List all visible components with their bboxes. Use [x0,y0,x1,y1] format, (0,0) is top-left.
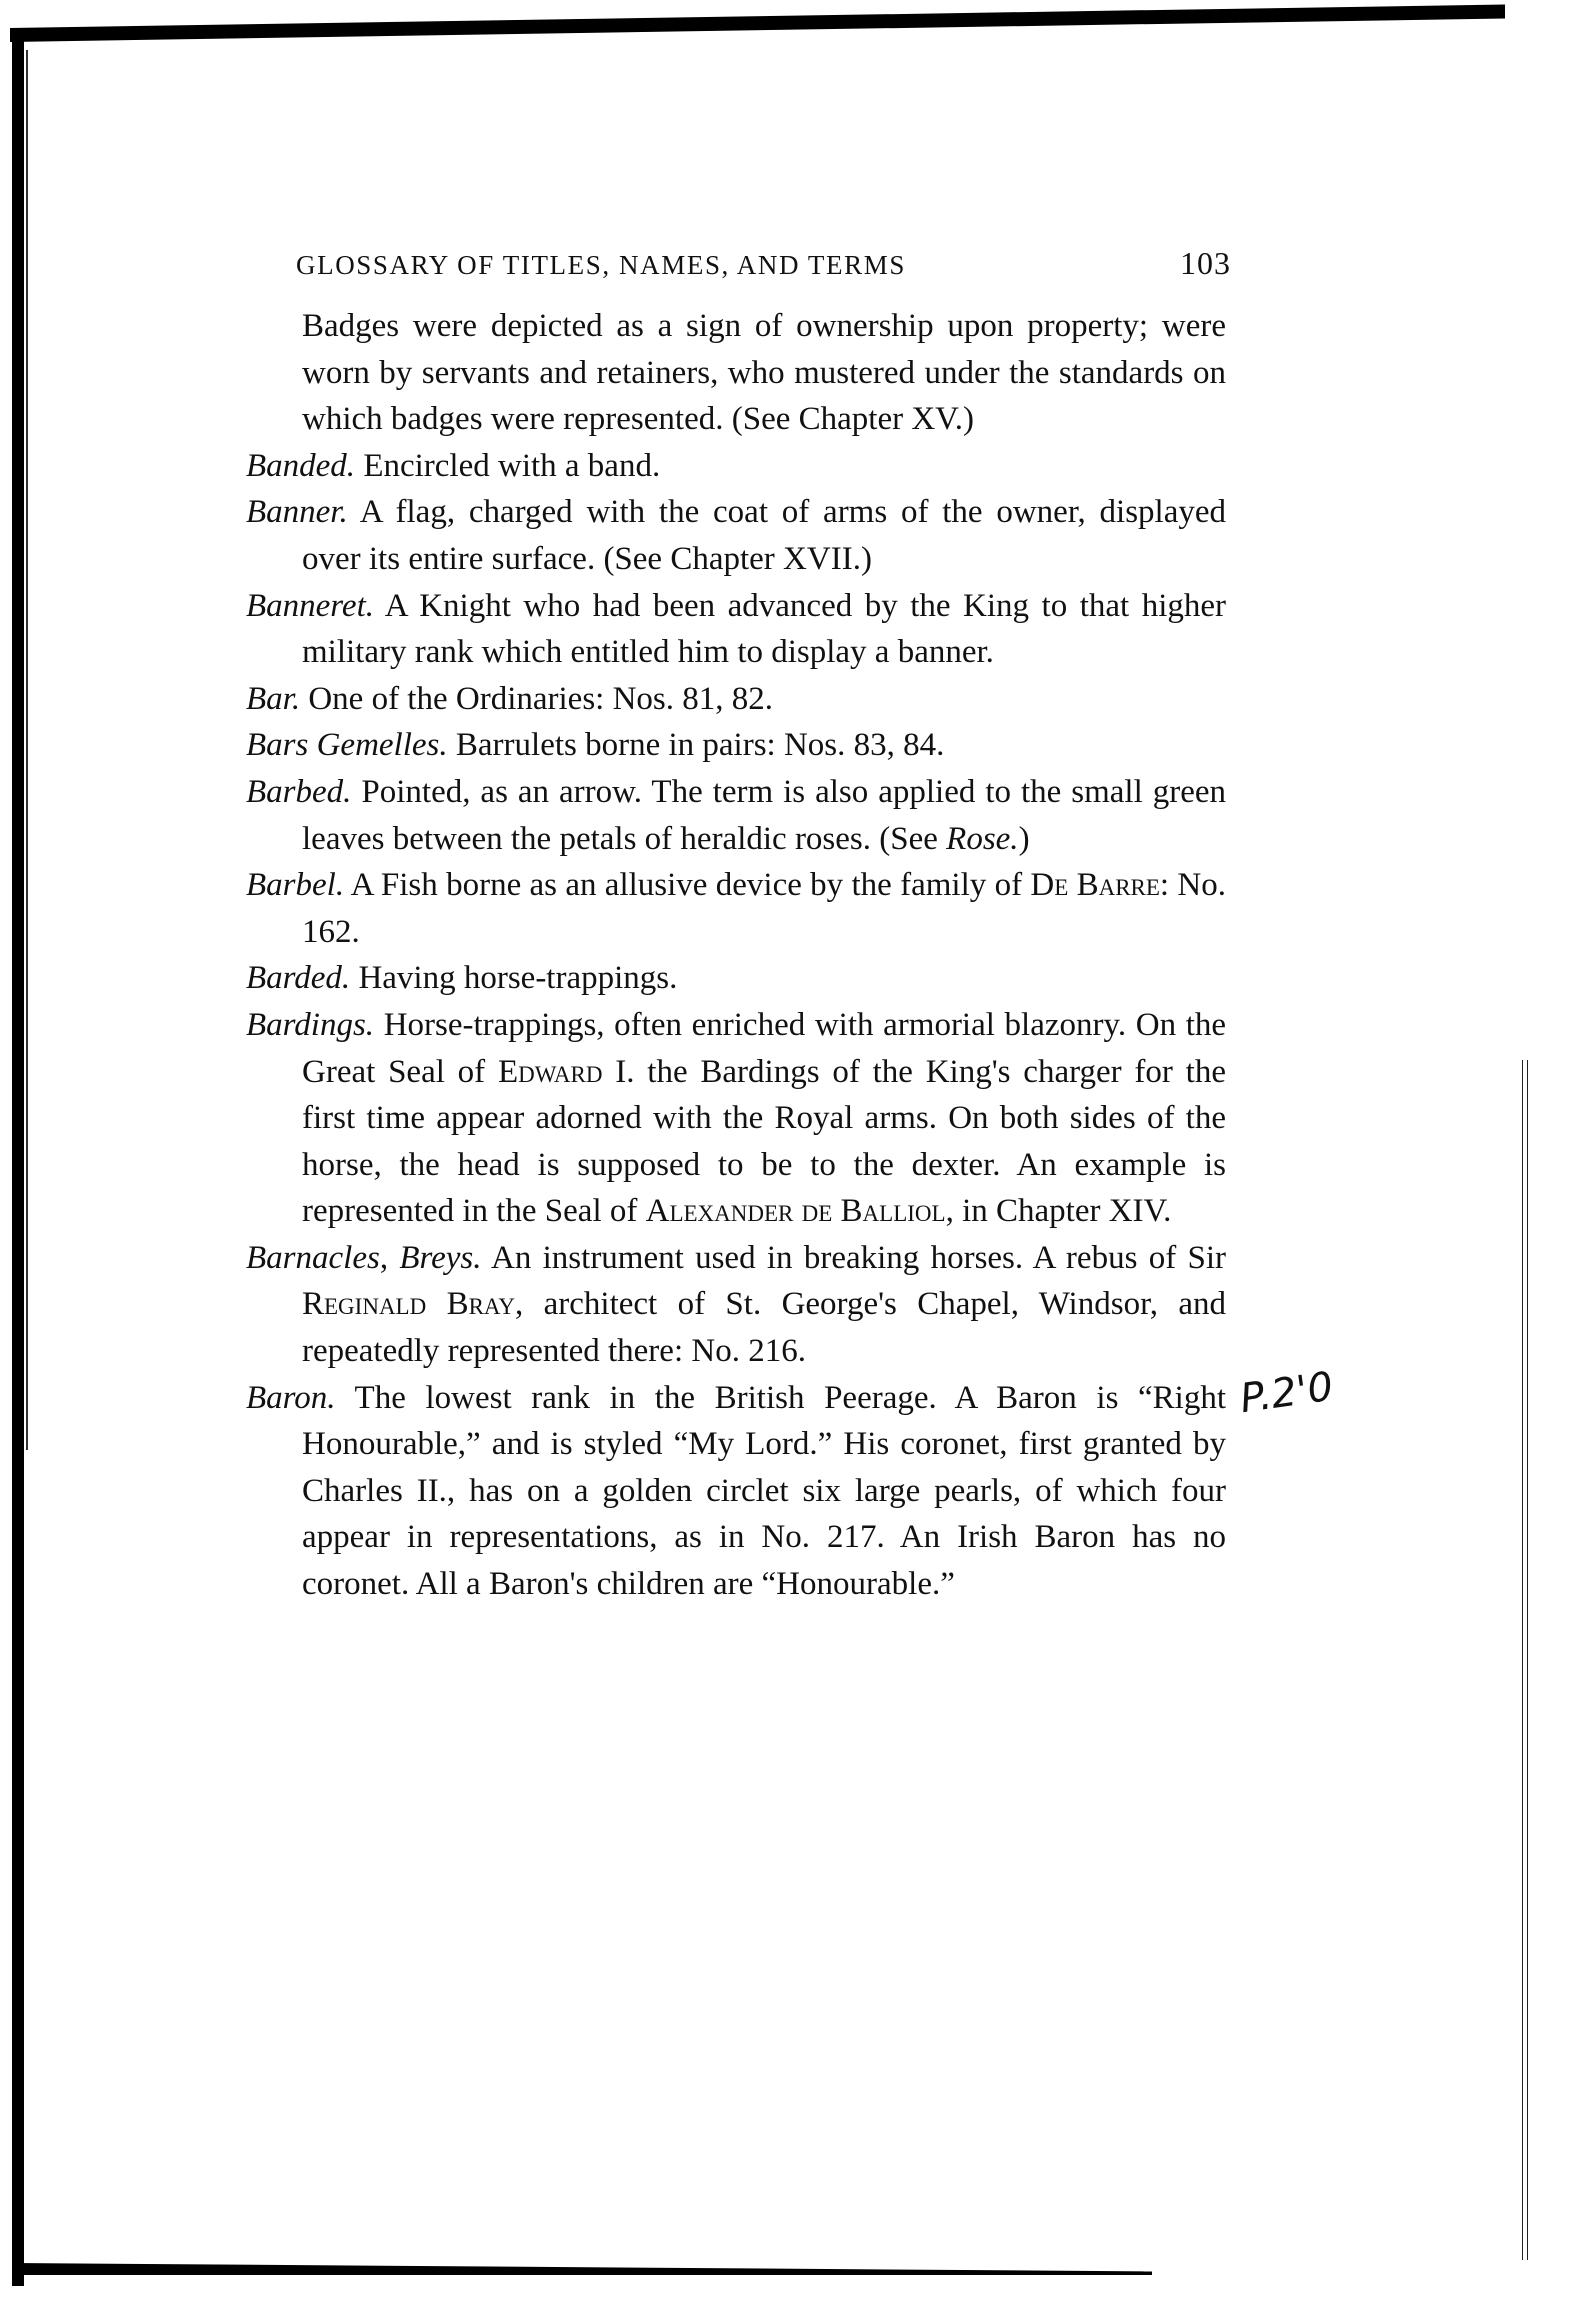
entry-term: Barded. [246,960,350,996]
scan-border-right [1522,1060,1528,2260]
glossary-entry-bar: Bar. One of the Ordinaries: Nos. 81, 82. [246,676,1226,723]
term-separator: , [380,1240,400,1276]
glossary-entry-badges-continued: Badges were depicted as a sign of owners… [246,303,1226,443]
entry-term: Baron. [246,1380,336,1416]
glossary-entry-barbed: Barbed. Pointed, as an arrow. The term i… [246,769,1226,862]
glossary-body: Badges were depicted as a sign of owners… [246,303,1226,1608]
glossary-entry-barded: Barded. Having horse-trappings. [246,955,1226,1002]
entry-term: Banded. [246,448,355,484]
entry-term: Bar. [246,681,300,717]
entry-text: The lowest rank in the British Peerage. … [302,1380,1226,1602]
glossary-entry-banner: Banner. A flag, charged with the coat of… [246,489,1226,582]
scan-border-left-inner [26,50,28,1450]
entry-term: Barnacles [246,1240,380,1276]
entry-text: Having horse-trappings. [358,960,677,996]
proper-name: Alexander de Balliol [646,1193,946,1229]
entry-text-end: ) [1019,821,1030,857]
entry-text: Barrulets borne in pairs: Nos. 83, 84. [456,727,945,763]
entry-text: Pointed, as an arrow. The term is also a… [302,774,1226,857]
entry-term: Banner. [246,494,348,530]
entry-text: A Fish borne as an allusive device by th… [351,867,1031,903]
running-header: GLOSSARY OF TITLES, NAMES, AND TERMS 103 [296,245,1231,289]
entry-text: A flag, charged with the coat of arms of… [302,494,1226,577]
glossary-entry-baron: Baron. The lowest rank in the British Pe… [246,1375,1226,1608]
entry-text: An instrument used in breaking horses. A… [491,1240,1226,1276]
entry-text: Encircled with a band. [363,448,660,484]
proper-name: De Barre [1030,867,1160,903]
entry-term: Bardings. [246,1007,374,1043]
entry-text: Badges were depicted as a sign of owners… [302,308,1226,437]
scan-border-top [10,5,1505,42]
glossary-entry-barbel: Barbel. A Fish borne as an allusive devi… [246,862,1226,955]
entry-term-alt: Breys. [399,1240,481,1276]
running-header-title: GLOSSARY OF TITLES, NAMES, AND TERMS [296,250,906,281]
proper-name: Edward [498,1054,603,1090]
glossary-entry-bardings: Bardings. Horse-trappings, often enriche… [246,1002,1226,1235]
entry-text: A Knight who had been advanced by the Ki… [302,588,1226,671]
cross-reference: Rose. [946,821,1018,857]
entry-term: Banneret. [246,588,374,624]
entry-text: One of the Ordinaries: Nos. 81, 82. [308,681,773,717]
page-number: 103 [1180,245,1231,282]
entry-text-end: , in Chapter XIV. [946,1193,1172,1229]
entry-term: Barbed. [246,774,351,810]
handwritten-margin-note: P.2'0 [1237,1364,1336,1423]
entry-term: Barbel. [246,867,344,903]
scan-border-bottom [12,2263,1152,2275]
glossary-entry-barnacles: Barnacles, Breys. An instrument used in … [246,1235,1226,1375]
glossary-entry-banneret: Banneret. A Knight who had been advanced… [246,583,1226,676]
proper-name: Reginald Bray [302,1286,515,1322]
scan-border-left [12,36,24,2286]
entry-term: Bars Gemelles. [246,727,448,763]
glossary-entry-bars-gemelles: Bars Gemelles. Barrulets borne in pairs:… [246,722,1226,769]
glossary-entry-banded: Banded. Encircled with a band. [246,443,1226,490]
